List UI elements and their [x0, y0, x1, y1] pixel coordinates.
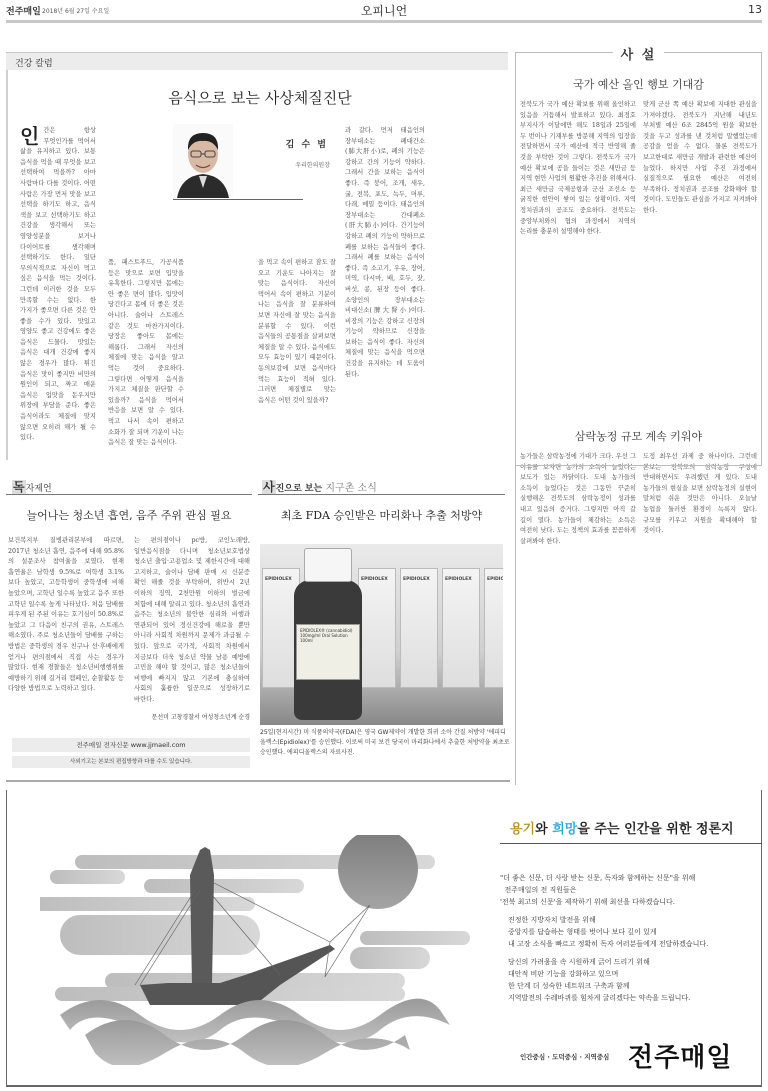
editorial-body-4: 도정 최우선 과제 중 하나이다. 그런데 본보는 전북도의 삼락농정 구상에 … — [643, 452, 757, 778]
photo-news-tag: 사진으로 보는 지구촌 소식 — [262, 478, 377, 495]
reader-tag-rule — [6, 494, 252, 495]
contribution-notice: 사외기고는 본보의 편집방향과 다를 수도 있습니다. — [12, 756, 250, 768]
editorial-lower-border — [515, 465, 516, 785]
editorial-title-2: 삼락농정 규모 계속 키워야 — [515, 428, 762, 444]
ad-paragraph-3: 당신의 가려움을 속 시원하게 긁어 드리기 위해 대안적 비판 기능을 강화하… — [508, 956, 690, 1004]
news-photo: EPIDIOLEX EPIDIOLEX EPIDIOLEX EPIDIOLEX … — [260, 544, 503, 725]
editorial-label: 사 설 — [515, 44, 762, 63]
health-column-title: 음식으로 보는 사상체질진단 — [120, 87, 400, 108]
health-column-body-4: 과 같다. 먼저 태음인의 장부대소는 폐대간소(肺大肝小)로, 폐의 기능은 … — [345, 126, 425, 456]
bottle-label: EPIDIOLEX® (cannabidiol) 100mg/ml Oral S… — [296, 624, 360, 680]
health-column-header: 건강 칼럼 — [6, 52, 508, 70]
editorial-body-1: 전북도가 국가 예산 확보를 위해 올인하고 있음을 거듭해서 발표하고 있다.… — [520, 100, 636, 406]
masthead-rule — [6, 20, 762, 23]
author-name: 김 수 범 — [268, 137, 328, 150]
photo-news-title: 최초 FDA 승인받은 마리화나 추출 처방약 — [258, 507, 505, 523]
health-column-body-2: 품, 패스트푸드, 가공식품 등은 맛으로 보면 입맛을 유혹한다. 그렇지만 … — [108, 258, 184, 456]
product-box: EPIDIOLEX — [400, 568, 438, 688]
reader-column-body-1: 보건복지부 질병관리본부에 따르면, 2017년 청소년 흡연, 음주에 대해 … — [8, 536, 124, 718]
photo-rule — [173, 199, 303, 200]
reader-column-title: 늘어나는 청소년 흡연, 음주 주위 관심 필요 — [6, 507, 252, 523]
reader-column-tag: 독자제언 — [12, 478, 52, 495]
photo-news-tag-rule — [258, 494, 505, 495]
author-photo — [173, 124, 233, 198]
ad-paragraph-1: "더 좋은 신문, 더 사랑 받는 신문, 독자와 함께하는 신문"을 위해 전… — [500, 872, 695, 908]
health-column-label: 건강 칼럼 — [15, 56, 53, 69]
product-box: EPIDIOLEX — [442, 568, 480, 688]
product-box: EPIDIOLEX — [358, 568, 396, 688]
bottle-cap — [304, 548, 352, 582]
photo-caption: 25일(현지시간) 미 식품의약국(FDA)은 영국 GW제약이 개발한 희귀 … — [260, 728, 510, 758]
health-column-body-1: 인간은 항상 무엇인가를 먹어서 삶을 유지하고 있다. 보통 음식을 먹을 때… — [20, 126, 96, 456]
health-column-body-3: 을 먹고 속이 편하고 잠도 잘 오고 기운도 나아지는 잘 맞는 음식이다. … — [258, 258, 336, 456]
reader-column-body-2: 는 편의점이나 pc방, 코인노래방, 일반음식점을 다니며 청소년보호법상 청… — [134, 536, 250, 708]
editorial-divider — [515, 465, 762, 466]
section-title: 오피니언 — [6, 2, 762, 19]
ship-illustration — [40, 835, 470, 1069]
newspaper-logo: 전주매일 — [628, 1037, 732, 1074]
author-role: 우리한의원장 — [250, 160, 330, 169]
page-number: 13 — [748, 3, 762, 16]
masthead: 전주매일 2018년 6월 27일 수요일 오피니언 13 — [6, 2, 762, 22]
dropcap: 인 — [20, 126, 39, 146]
editorial-title-1: 국가 예산 올인 행보 기대감 — [515, 76, 762, 92]
editorial-body-2: 맞게 군산 쪽 예산 확보에 지대한 관심을 가져야겠다. 전북도가 지난해 내… — [643, 100, 757, 406]
reader-signature: 문선미 고창경찰서 여성청소년계 순경 — [134, 712, 250, 721]
section-separator — [6, 780, 510, 782]
sailing-ship-icon — [40, 835, 470, 1065]
ad-rule — [500, 843, 762, 844]
e-newspaper-bar[interactable]: 전주매일 전자신문 www.jjmaeil.com — [12, 738, 250, 752]
ad-slogan: 용기와 희망을 주는 인간을 위한 정론지 — [510, 818, 760, 837]
ad-paragraph-2: 진정한 지방자치 발전을 위해 중앙지를 답습하는 형태를 벗어나 보다 깊이 … — [508, 914, 708, 950]
editorial-body-3: 농가들은 삼락농정에 기대가 크다. 우선 그 이유를 보자면 농가의 소득이 … — [520, 452, 636, 778]
ad-tagline: 인간중심 · 도덕중심 · 지역중심 — [520, 1052, 609, 1061]
author-portrait-icon — [173, 124, 233, 198]
product-box: EPIDIOLEX — [484, 568, 503, 688]
